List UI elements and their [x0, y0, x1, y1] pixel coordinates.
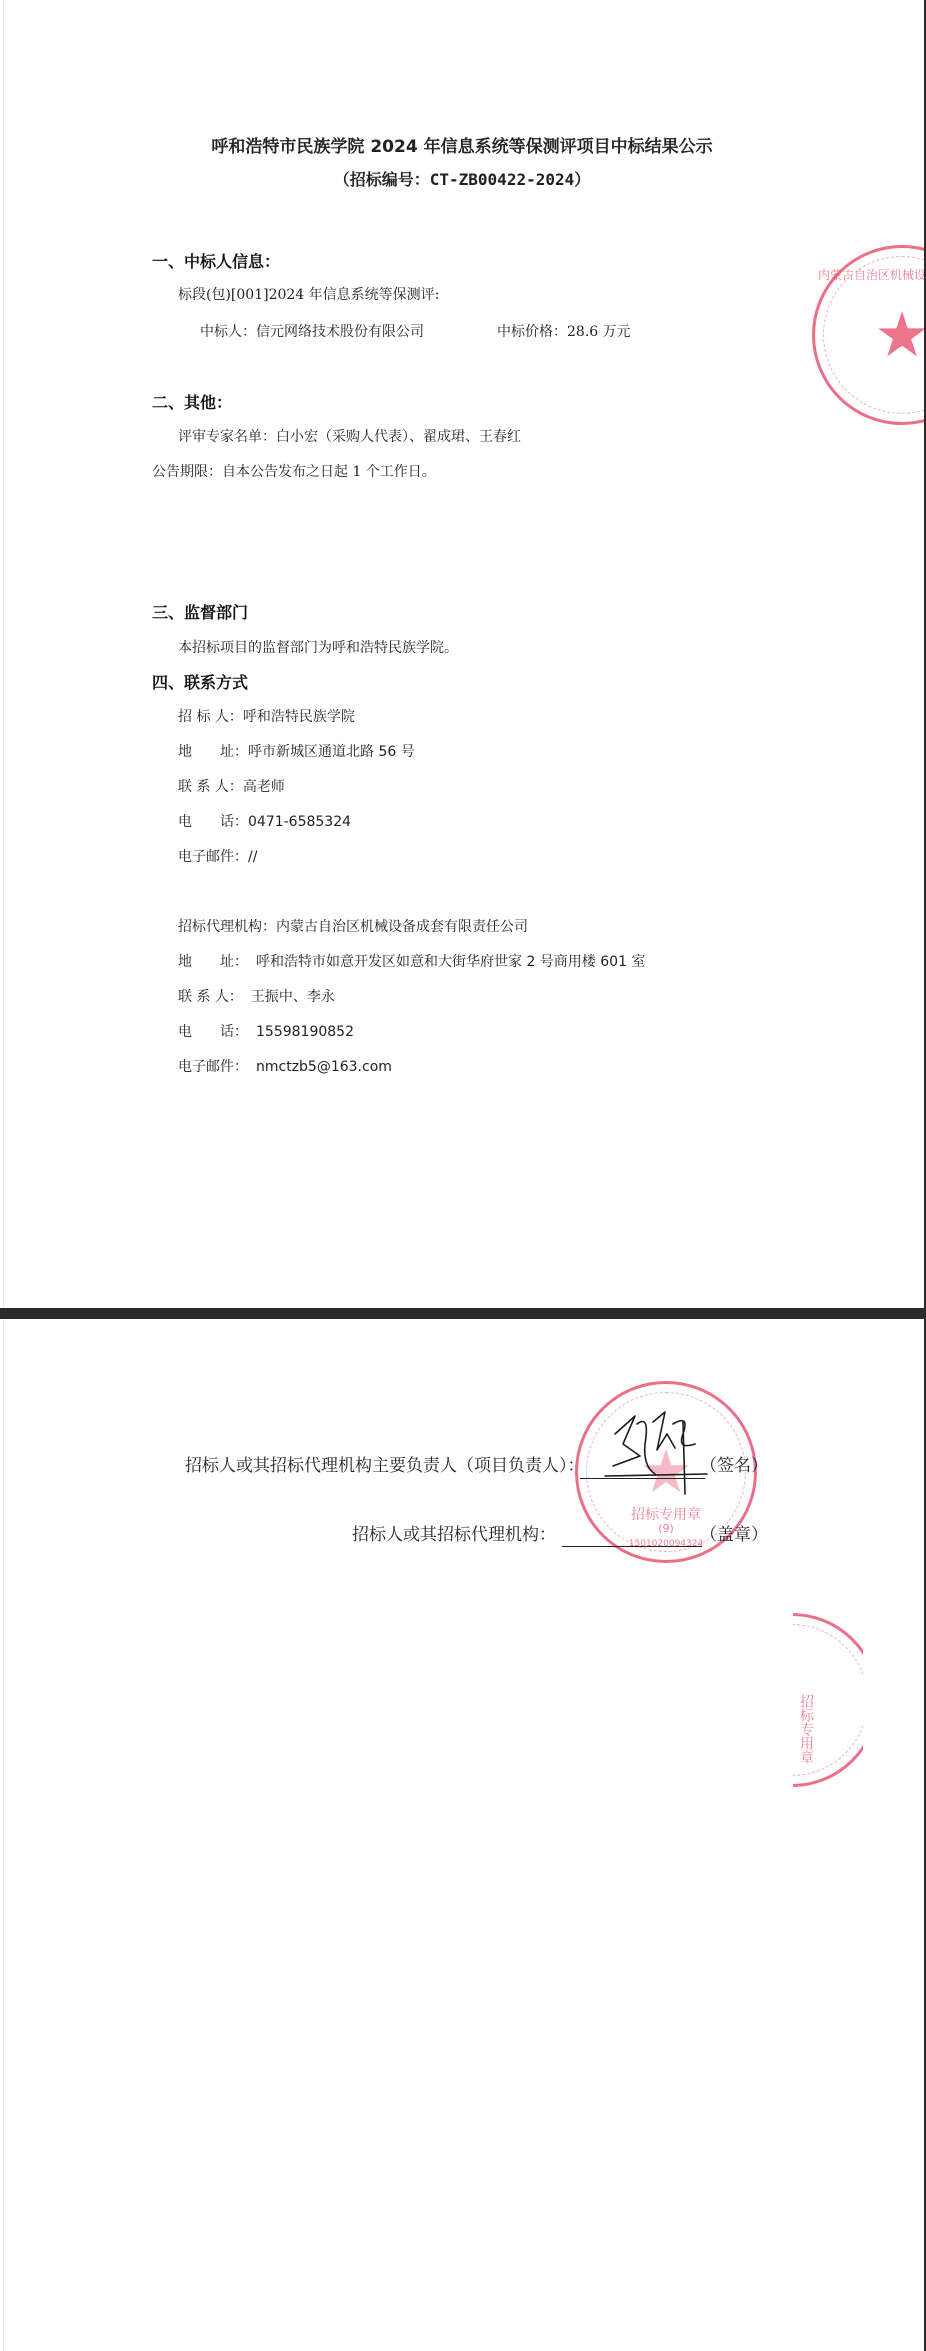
winner-line: 中标人：信元网络技术股份有限公司	[200, 325, 424, 339]
contact-value: 呼和浩特民族学院	[243, 709, 355, 725]
contact-value: 0471-6585324	[248, 814, 351, 830]
contact-label: 电 话：	[178, 814, 248, 830]
handwritten-signature	[595, 1404, 710, 1499]
contact-label: 联 系 人：	[178, 779, 243, 795]
lot-line: 标段(包)[001]2024 年信息系统等保测评:	[178, 288, 439, 302]
page-separator	[0, 1308, 926, 1319]
contact-label: 招标代理机构：	[178, 919, 276, 935]
contact-row: 招标代理机构：内蒙古自治区机械设备成套有限责任公司	[178, 920, 528, 934]
page-edge	[3, 0, 4, 1308]
contact-value: 王振中、李永	[251, 989, 335, 1005]
winner-value: 信元网络技术股份有限公司	[256, 324, 424, 340]
tender-number: （招标编号：CT-ZB00422-2024）	[0, 172, 924, 188]
contact-label: 联 系 人：	[178, 989, 243, 1005]
contact-value: //	[248, 849, 257, 865]
price-line: 中标价格：28.6 万元	[497, 325, 631, 339]
expert-list: 评审专家名单：白小宏（采购人代表）、翟成珺、王春红	[178, 430, 521, 444]
seal-text: 招标专用章	[796, 1694, 816, 1764]
contact-row: 联 系 人：高老师	[178, 780, 285, 794]
contact-row: 电子邮件：nmctzb5@163.com	[178, 1060, 392, 1074]
contact-row: 电子邮件：//	[178, 850, 257, 864]
signature-label-responsible-person: 招标人或其招标代理机构主要负责人（项目负责人）：	[185, 1458, 585, 1475]
seal-underline	[562, 1546, 702, 1547]
contact-row: 招 标 人：呼和浩特民族学院	[178, 710, 355, 724]
contact-label: 电子邮件：	[178, 849, 248, 865]
seal-suffix: （盖章）	[700, 1527, 768, 1544]
seal-icon: 招标专用章	[793, 1613, 863, 1787]
document-page-1: 呼和浩特市民族学院 2024 年信息系统等保测评项目中标结果公示 （招标编号：C…	[0, 0, 924, 1308]
contact-value: nmctzb5@163.com	[256, 1059, 392, 1075]
seal-text: 招标专用章	[578, 1504, 754, 1524]
contact-value: 15598190852	[256, 1024, 354, 1040]
contact-value: 高老师	[243, 779, 285, 795]
contact-label: 电子邮件：	[178, 1059, 248, 1075]
section-heading-supervision: 三、监督部门	[152, 605, 248, 621]
section-heading-other: 二、其他：	[152, 395, 232, 411]
cross-page-seal-half: 招标专用章	[793, 1611, 863, 1789]
winner-label: 中标人：	[200, 324, 256, 340]
seal-icon: ★ 内蒙古自治区机械设备成套有限	[812, 245, 924, 425]
company-seal-partial: ★ 内蒙古自治区机械设备成套有限	[800, 235, 924, 435]
contact-label: 电 话：	[178, 1024, 248, 1040]
contact-label: 招 标 人：	[178, 709, 243, 725]
contact-row: 地 址：呼市新城区通道北路 56 号	[178, 745, 415, 759]
price-label: 中标价格：	[497, 324, 567, 340]
seal-text: 内蒙古自治区机械设备成套有限	[815, 266, 924, 283]
contact-label: 地 址：	[178, 954, 248, 970]
section-heading-contact: 四、联系方式	[152, 675, 248, 691]
signature-suffix: （签名）	[700, 1458, 768, 1475]
section-heading-winner-info: 一、中标人信息：	[152, 254, 280, 270]
contact-row: 联 系 人：王振中、李永	[178, 990, 335, 1004]
seal-label-organization: 招标人或其招标代理机构：	[352, 1527, 556, 1544]
contact-value: 呼市新城区通道北路 56 号	[248, 744, 415, 760]
supervision-text: 本招标项目的监督部门为呼和浩特民族学院。	[178, 641, 458, 655]
contact-value: 内蒙古自治区机械设备成套有限责任公司	[276, 919, 528, 935]
page-edge	[3, 1319, 4, 2351]
contact-value: 呼和浩特市如意开发区如意和大街华府世家 2 号商用楼 601 室	[256, 954, 645, 970]
document-title: 呼和浩特市民族学院 2024 年信息系统等保测评项目中标结果公示	[0, 139, 924, 156]
contact-row: 电 话：15598190852	[178, 1025, 354, 1039]
announcement-period: 公告期限：自本公告发布之日起 1 个工作日。	[152, 465, 436, 479]
contact-row: 电 话：0471-6585324	[178, 815, 351, 829]
star-icon: ★	[874, 304, 924, 366]
contact-label: 地 址：	[178, 744, 248, 760]
document-page-2: ★ 招标专用章 (9) 1501020094324 招标人或其招标代理机构主要负…	[0, 1319, 924, 2351]
contact-row: 地 址：呼和浩特市如意开发区如意和大街华府世家 2 号商用楼 601 室	[178, 955, 645, 969]
price-value: 28.6 万元	[567, 324, 631, 340]
